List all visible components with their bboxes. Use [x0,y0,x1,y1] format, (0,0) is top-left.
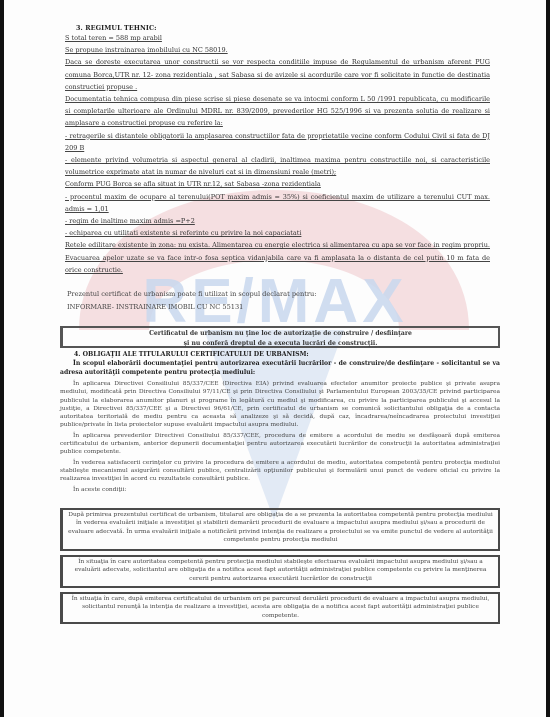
paragraph: - regim de inaltime maxim admis =P+2 [65,215,490,227]
paragraph: Conform PUG Borca se afla situat in UTR … [65,178,490,190]
paragraph: - echiparea cu utilitati existente si re… [65,227,490,239]
section-3-body: S total teren = 588 mp arabil Se propune… [65,32,490,276]
obligation-box: În situaţia în care, după emiterea certi… [60,592,500,624]
obligation-box: În situaţia în care autoritatea competen… [60,555,500,588]
paragraph: Retele edilitare existente in zona: nu e… [65,239,490,276]
paragraph: - elemente privind volumetria si aspectu… [65,154,490,178]
usage-purpose: INFORMARE- INSTRAINARE IMOBIL CU NC 5513… [67,301,487,314]
section-3-title: 3. REGIMUL TEHNIC: [76,24,157,32]
notice-line: şi nu conferă dreptul de a executa lucră… [63,339,498,349]
usage-statement: Prezentul certificat de urbanism poate f… [67,288,487,314]
section-4-title: 4. OBLIGAŢII ALE TITULARULUI CERTIFICATU… [74,351,309,358]
section-4-body: În aplicarea Directivei Consiliului 85/3… [60,380,500,496]
paragraph: - procentul maxim de ocupare al terenulu… [65,191,490,215]
paragraph: S total teren = 588 mp arabil [65,32,490,44]
obligation-box: După primirea prezentului certificat de … [60,508,500,551]
paragraph: Daca se doreste executarea unor construc… [65,56,490,93]
notice-box: Certificatul de urbanism nu ţine loc de … [60,326,500,348]
paragraph: În vederea satisfacerii cerinţelor cu pr… [60,459,500,484]
document-page: RE/MAX 3. REGIMUL TEHNIC: S total teren … [4,0,546,717]
usage-line: Prezentul certificat de urbanism poate f… [67,288,487,301]
notice-line: Certificatul de urbanism nu ţine loc de … [63,329,498,339]
section-4-intro: În scopul elaborării documentaţiei pentr… [60,360,500,378]
paragraph: - retragerile si distantele obligatorii … [65,130,490,154]
paragraph: Documentatia tehnica compusa din piese s… [65,93,490,130]
paragraph: În aplicarea prevederilor Directivei Con… [60,432,500,457]
paragraph: În aceste condiţii: [60,486,500,494]
paragraph: În aplicarea Directivei Consiliului 85/3… [60,380,500,430]
paragraph: Se propune instrainarea imobilului cu NC… [65,44,490,56]
